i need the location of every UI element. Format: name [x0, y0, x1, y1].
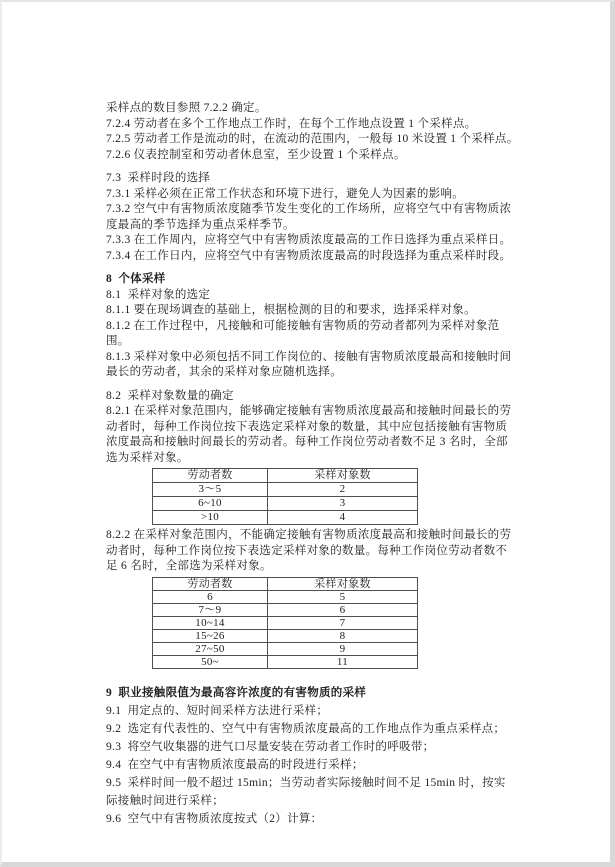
table-row: 6~10 3	[153, 497, 418, 511]
page-content: 采样点的数目参照 7.2.2 确定。 7.2.4 劳动者在多个工作地点工作时，在…	[2, 2, 610, 828]
paragraph-line: 7.2.6 仪表控制室和劳动者休息室，至少设置 1 个采样点。	[106, 148, 610, 164]
paragraph-line: 8.2.2 在采样对象范围内，不能确定接触有害物质浓度最高和接触时间最长的劳	[106, 528, 610, 544]
paragraph-line: 9.1 用定点的、短时间采样方法进行采样；	[106, 702, 610, 720]
paragraph-line: 浓度最高和接触时间最长的劳动者。每种工作岗位劳动者数不足 3 名时，全部	[106, 435, 610, 451]
table-cell: 7～9	[153, 603, 268, 616]
table-cell: 27~50	[153, 642, 268, 655]
table-row: 27~50 9	[153, 642, 418, 655]
table-cell: 3	[268, 497, 418, 511]
table-cell: 8	[268, 629, 418, 642]
table-cell: 7	[268, 616, 418, 629]
paragraph-line: 围。	[106, 334, 610, 350]
paragraph-line: 9.5 采样时间一般不超过 15min；当劳动者实际接触时间不足 15min 时…	[106, 774, 610, 792]
section-heading-7-3: 7.3 采样时段的选择	[106, 171, 610, 187]
sampling-subjects-table-2: 劳动者数 采样对象数 6 5 7～9 6 10~14 7 15~26 8 27~…	[152, 577, 418, 669]
table-cell: 2	[268, 483, 418, 497]
table-header-cell: 采样对象数	[268, 469, 418, 483]
paragraph-line: 度最高的季节选择为重点采样季节。	[106, 218, 610, 234]
paragraph-line: 9.4 在空气中有害物质浓度最高的时段进行采样；	[106, 756, 610, 774]
spacer	[106, 672, 610, 684]
table-row: 7～9 6	[153, 603, 418, 616]
table-row: 15~26 8	[153, 629, 418, 642]
paragraph-line: 7.3.1 采样必须在正常工作状态和环境下进行，避免人为因素的影响。	[106, 187, 610, 203]
table-cell: 4	[268, 511, 418, 525]
table-cell: 11	[268, 655, 418, 668]
table-row: 3～5 2	[153, 483, 418, 497]
paragraph-line: 动者时，每种工作岗位按下表选定采样对象的数量，其中应包括接触有害物质	[106, 420, 610, 436]
table-cell: 3～5	[153, 483, 268, 497]
paragraph-line: 8.2.1 在采样对象范围内，能够确定接触有害物质浓度最高和接触时间最长的劳	[106, 404, 610, 420]
table-row: 6 5	[153, 590, 418, 603]
paragraph-line: 足 6 名时，全部选为采样对象。	[106, 559, 610, 575]
paragraph-line: 选为采样对象。	[106, 451, 610, 467]
document-page: 采样点的数目参照 7.2.2 确定。 7.2.4 劳动者在多个工作地点工作时，在…	[0, 0, 615, 867]
table-cell: 9	[268, 642, 418, 655]
paragraph-line: 动者时，每种工作岗位按下表选定采样对象的数量。每种工作岗位劳动者数不	[106, 544, 610, 560]
table-header-row: 劳动者数 采样对象数	[153, 577, 418, 590]
paragraph-line: 际接触时间进行采样；	[106, 792, 610, 810]
table-cell: 10~14	[153, 616, 268, 629]
table-header-row: 劳动者数 采样对象数	[153, 469, 418, 483]
paragraph-line: 8.1.1 要在现场调查的基础上，根据检测的目的和要求，选择采样对象。	[106, 303, 610, 319]
table-cell: 50~	[153, 655, 268, 668]
paragraph-line: 9.3 将空气收集器的进气口尽量安装在劳动者工作时的呼吸带；	[106, 738, 610, 756]
spacer	[106, 163, 610, 171]
paragraph-line: 9.2 选定有代表性的、空气中有害物质浓度最高的工作地点作为重点采样点；	[106, 720, 610, 738]
table-cell: 6	[268, 603, 418, 616]
paragraph-line: 7.3.2 空气中有害物质浓度随季节发生变化的工作场所，应将空气中有害物质浓	[106, 202, 610, 218]
table-cell: 6~10	[153, 497, 268, 511]
table-header-cell: 劳动者数	[153, 469, 268, 483]
paragraph-line: 9.6 空气中有害物质浓度按式（2）计算：	[106, 810, 610, 828]
paragraph-line: 7.3.3 在工作周内，应将空气中有害物质浓度最高的工作日选择为重点采样日。	[106, 233, 610, 249]
section-heading-8-2: 8.2 采样对象数量的确定	[106, 389, 610, 405]
table-row: 50~ 11	[153, 655, 418, 668]
paragraph-line: 7.3.4 在工作日内，应将空气中有害物质浓度最高的时段选择为重点采样时段。	[106, 249, 610, 265]
table-cell: >10	[153, 511, 268, 525]
section-heading-9: 9 职业接触限值为最高容许浓度的有害物质的采样	[106, 684, 610, 702]
paragraph-line: 7.2.5 劳动者工作是流动的时，在流动的范围内，一般每 10 米设置 1 个采…	[106, 132, 610, 148]
table-header-cell: 劳动者数	[153, 577, 268, 590]
table-row: 10~14 7	[153, 616, 418, 629]
paragraph-line: 采样点的数目参照 7.2.2 确定。	[106, 101, 610, 117]
paragraph-line: 7.2.4 劳动者在多个工作地点工作时，在每个工作地点设置 1 个采样点。	[106, 117, 610, 133]
paragraph-line: 最长的劳动者，其余的采样对象应随机选择。	[106, 365, 610, 381]
table-cell: 5	[268, 590, 418, 603]
paragraph-line: 8.1.3 采样对象中必须包括不同工作岗位的、接触有害物质浓度最高和接触时间	[106, 350, 610, 366]
paragraph-line: 8.1.2 在工作过程中，凡接触和可能接触有害物质的劳动者都列为采样对象范	[106, 319, 610, 335]
section-heading-8-1: 8.1 采样对象的选定	[106, 288, 610, 304]
section-heading-8: 8 个体采样	[106, 272, 610, 288]
table-cell: 6	[153, 590, 268, 603]
table-cell: 15~26	[153, 629, 268, 642]
sampling-subjects-table-1: 劳动者数 采样对象数 3～5 2 6~10 3 >10 4	[152, 468, 418, 525]
spacer	[106, 381, 610, 389]
table-row: >10 4	[153, 511, 418, 525]
spacer	[106, 264, 610, 272]
table-header-cell: 采样对象数	[268, 577, 418, 590]
